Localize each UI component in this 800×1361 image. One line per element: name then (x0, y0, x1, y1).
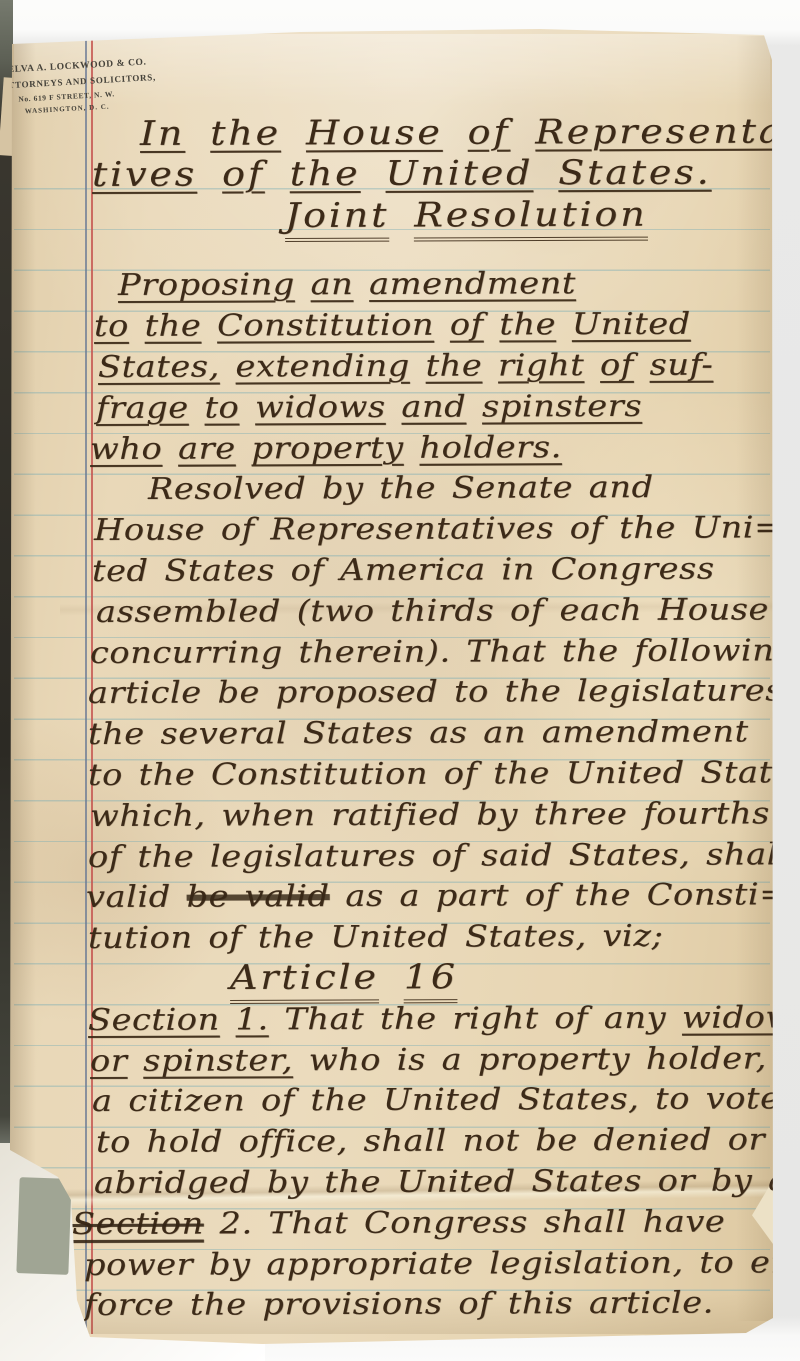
manuscript-segment: widow (682, 1000, 795, 1035)
manuscript-line: to hold office, shall not be denied or (96, 1123, 765, 1161)
manuscript-segment: of the legislatures of said States, shal… (88, 837, 800, 875)
manuscript-segment: assembled (two thirds of each House (96, 592, 769, 630)
manuscript-segment: Representa- (535, 111, 800, 152)
manuscript-segment: and (401, 389, 466, 424)
manuscript-line: Joint Resolution (285, 194, 648, 235)
manuscript-line: valid be valid as a part of the Consti= (86, 878, 788, 916)
manuscript-segment: amendment (369, 267, 576, 303)
binding-cloth-bottom (16, 1177, 71, 1275)
manuscript-segment (389, 195, 414, 235)
manuscript-segment: are (178, 431, 236, 466)
manuscript-segment: or (90, 1043, 128, 1078)
manuscript-segment: United (572, 307, 691, 342)
manuscript-line: States, extending the right of suf- (98, 348, 713, 385)
manuscript-segment: ted States of America in Congress (92, 552, 715, 589)
manuscript-segment (379, 957, 404, 997)
manuscript-segment: House of Representatives of the Uni= (94, 511, 783, 549)
manuscript-segment: Resolved by the Senate and (148, 470, 654, 507)
manuscript-segment: the (144, 309, 201, 344)
manuscript-segment: an (310, 267, 353, 302)
manuscript-segment: Joint (285, 195, 389, 241)
manuscript-line: the several States as an amendment (88, 715, 749, 753)
manuscript-segment: extending (235, 349, 409, 385)
manuscript-segment: to (94, 309, 129, 344)
manuscript-segment: right (498, 348, 584, 383)
manuscript-line: ted States of America in Congress (92, 552, 715, 589)
manuscript-line: In the House of Representa- (140, 111, 800, 154)
manuscript-line: frage to widows and spinsters (96, 389, 642, 426)
manuscript-segment: force the provisions of this article. (84, 1286, 714, 1323)
manuscript-segment: a citizen of the United States, to vote … (92, 1081, 800, 1119)
manuscript-segment: Constitution (217, 308, 434, 344)
manuscript-segment: In (140, 114, 185, 154)
manuscript-segment: of (468, 113, 511, 153)
manuscript-line: Section 2. That Congress shall have (72, 1204, 726, 1242)
manuscript-line: assembled (two thirds of each House (96, 592, 769, 630)
manuscript-line: of the legislatures of said States, shal… (88, 837, 800, 875)
manuscript-segment: Section (72, 1206, 204, 1242)
manuscript-segment: Section (88, 1002, 220, 1038)
manuscript-line: a citizen of the United States, to vote … (92, 1081, 800, 1119)
manuscript-segment: to the Constitution of the United States… (88, 755, 800, 793)
manuscript-page: BELVA A. LOCKWOOD & CO. ATTORNEYS AND SO… (0, 0, 800, 1361)
manuscript-segment: the (210, 113, 281, 153)
manuscript-line: House of Representatives of the Uni= (94, 511, 783, 549)
manuscript-segment: Proposing (118, 268, 295, 304)
manuscript-line: power by appropriate legislation, to en- (84, 1245, 800, 1283)
manuscript-segment: who is a property holder, and (293, 1041, 800, 1078)
manuscript-segment: the (425, 349, 482, 384)
manuscript-line: tution of the United States, viz; (88, 919, 664, 956)
manuscript-line: or spinster, who is a property holder, a… (90, 1041, 800, 1079)
manuscript-segment: United (385, 153, 533, 194)
manuscript-segment: House (306, 113, 443, 154)
manuscript-segment: 2. That Congress shall have (204, 1204, 726, 1241)
manuscript-segment: the (499, 307, 556, 342)
manuscript-line: to the Constitution of the United (94, 307, 691, 344)
manuscript-segment: concurring therein). That the following (90, 633, 797, 671)
manuscript-line: force the provisions of this article. (84, 1286, 714, 1323)
manuscript-segment: of (450, 308, 484, 343)
manuscript-lines: In the House of Representa-tives of the … (0, 0, 800, 1361)
manuscript-segment: which, when ratified by three fourths (90, 796, 770, 834)
manuscript-line: Article 16 (230, 957, 458, 998)
manuscript-segment: as a part of the Consti= (329, 878, 787, 915)
manuscript-line: article be proposed to the legislatures … (88, 673, 800, 711)
manuscript-segment: 1. (235, 1002, 268, 1037)
manuscript-segment: article be proposed to the legislatures … (88, 673, 800, 711)
manuscript-segment: valid (86, 880, 187, 915)
manuscript-segment: That the right of any (269, 1000, 682, 1037)
manuscript-segment: the several States as an amendment (88, 715, 749, 753)
manuscript-segment: 16 (404, 957, 458, 1003)
manuscript-segment: of (222, 154, 265, 194)
manuscript-line: Section 1. That the right of any widow (88, 1000, 795, 1038)
manuscript-line: abridged by the United States or by any … (94, 1163, 800, 1201)
manuscript-segment: property (251, 430, 403, 466)
manuscript-segment: of (600, 348, 634, 383)
manuscript-segment: tution of the United States, viz; (88, 919, 664, 956)
manuscript-segment: Resolution (414, 194, 648, 241)
manuscript-segment: the (290, 154, 361, 194)
manuscript-line: concurring therein). That the following (90, 633, 797, 671)
manuscript-segment: States, (98, 350, 220, 385)
manuscript-segment: to (204, 390, 239, 425)
document-photo: BELVA A. LOCKWOOD & CO. ATTORNEYS AND SO… (0, 0, 800, 1361)
manuscript-segment: who (90, 431, 162, 466)
manuscript-line: tives of the United States. (92, 152, 712, 194)
manuscript-segment: spinster, (143, 1043, 293, 1079)
manuscript-line: which, when ratified by three fourths (90, 796, 770, 834)
manuscript-line: to the Constitution of the United States… (88, 755, 800, 793)
manuscript-segment: Article (230, 957, 379, 1004)
manuscript-segment: States. (558, 152, 711, 193)
manuscript-line: who are property holders. (90, 430, 562, 467)
manuscript-line: Proposing an amendment (118, 267, 576, 304)
manuscript-segment: power by appropriate legislation, to en- (84, 1245, 800, 1283)
manuscript-segment: abridged by the United States or by any … (94, 1163, 800, 1201)
manuscript-segment: widows (255, 390, 386, 426)
manuscript-segment: be valid (186, 879, 329, 915)
manuscript-segment: tives (92, 154, 197, 194)
manuscript-segment: suf- (649, 348, 713, 383)
manuscript-segment: holders. (419, 430, 562, 466)
manuscript-segment: frage (96, 390, 189, 425)
manuscript-line: Resolved by the Senate and (148, 470, 654, 507)
manuscript-segment: to hold office, shall not be denied or (96, 1123, 765, 1161)
manuscript-segment: spinsters (482, 389, 642, 425)
